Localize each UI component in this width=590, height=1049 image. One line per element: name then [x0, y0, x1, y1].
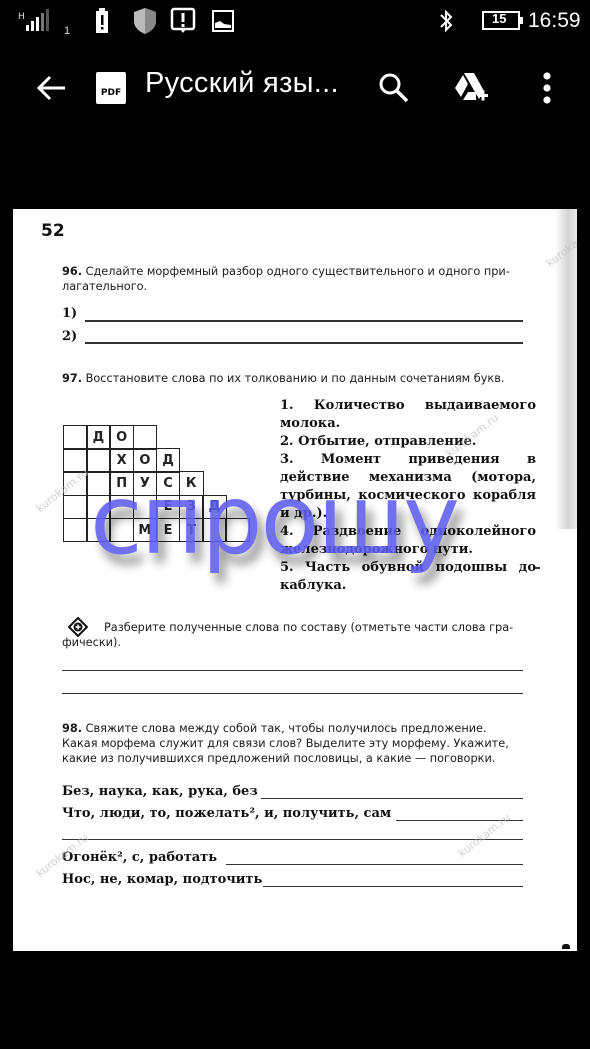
bluetooth-icon	[438, 0, 454, 42]
task-number: 96.	[62, 265, 82, 278]
task-text: Сделайте морфемный разбор одного существ…	[86, 265, 510, 278]
document-title: Русский язы...	[145, 67, 339, 100]
pdf-page[interactable]: 52 96. Сделайте морфемный разбор одного …	[13, 209, 577, 951]
grid-cell	[63, 518, 88, 543]
task-number: 97.	[62, 372, 82, 385]
image-icon	[212, 0, 234, 42]
scan-mark	[562, 944, 570, 949]
answer-line	[62, 693, 523, 694]
more-icon	[542, 71, 552, 105]
phrase-2: Что, люди, то, пожелать², и, получить, с…	[62, 805, 391, 823]
add-to-drive-button[interactable]	[448, 66, 494, 110]
task-text-line-1: Свяжите слова между собой так, чтобы пол…	[86, 722, 487, 735]
extra-task-text: Разберите полученные слова по составу (о…	[62, 620, 532, 635]
extra-task-text-continued: фически).	[62, 635, 532, 650]
task-text-line-3: какие из получившихся предложений послов…	[62, 751, 532, 766]
phrase-4: Нос, не, комар, подточить	[62, 871, 262, 889]
grid-cell	[63, 495, 88, 520]
task-96: 96. Сделайте морфемный разбор одного сущ…	[62, 264, 532, 294]
overlay-stamp-text: спрошу	[90, 470, 458, 570]
task-text-line-2: Какая морфема служит для связи слов? Выд…	[62, 736, 532, 751]
page-number: 52	[41, 221, 65, 241]
task-text: Восстановите слова по их толкованию и по…	[86, 372, 505, 385]
answer-line	[62, 670, 523, 671]
search-button[interactable]	[372, 66, 416, 110]
battery-alert-icon	[95, 0, 113, 42]
grid-cell: Д	[86, 425, 111, 450]
phrase-3: Огонёк², с, работать	[62, 849, 217, 867]
answer-line	[85, 342, 523, 344]
shield-icon	[132, 0, 158, 42]
answer-line	[85, 320, 523, 322]
definition-2: 2. Отбытие, отправление.	[280, 433, 536, 451]
answer-label-2: 2)	[62, 328, 77, 346]
watermark: kurokam.ru	[456, 811, 513, 860]
grid-cell	[63, 425, 88, 450]
clock: 16:59	[528, 0, 581, 42]
scan-mark	[535, 567, 540, 569]
task-text-continued: лагательного.	[62, 279, 532, 294]
answer-line	[226, 864, 523, 865]
extra-task: Разберите полученные слова по составу (о…	[62, 620, 532, 650]
status-bar: H 1 15 16:59	[0, 0, 590, 42]
answer-line	[62, 839, 523, 840]
back-icon	[37, 75, 67, 101]
back-button[interactable]	[30, 68, 74, 108]
battery-level: 15	[492, 11, 506, 26]
answer-line	[263, 886, 523, 887]
task-98: 98. Свяжите слова между собой так, чтобы…	[62, 721, 532, 766]
grid-cell: О	[109, 425, 134, 450]
add-to-drive-icon	[452, 71, 490, 105]
svg-text:H: H	[18, 12, 25, 22]
answer-line	[261, 798, 523, 799]
task-number: 98.	[62, 722, 82, 735]
battery-icon: 15	[482, 0, 524, 42]
definition-1: 1. Количество выдаиваемого молока.	[280, 397, 536, 433]
search-icon	[378, 72, 410, 104]
alert-message-icon	[170, 0, 196, 42]
more-options-button[interactable]	[532, 66, 562, 110]
task-97: 97. Восстановите слова по их толкованию …	[62, 371, 504, 386]
answer-label-1: 1)	[62, 305, 77, 323]
phrase-1: Без, наука, как, рука, без	[62, 783, 258, 801]
pdf-file-icon: PDF	[96, 72, 126, 104]
grid-cell	[133, 425, 158, 450]
